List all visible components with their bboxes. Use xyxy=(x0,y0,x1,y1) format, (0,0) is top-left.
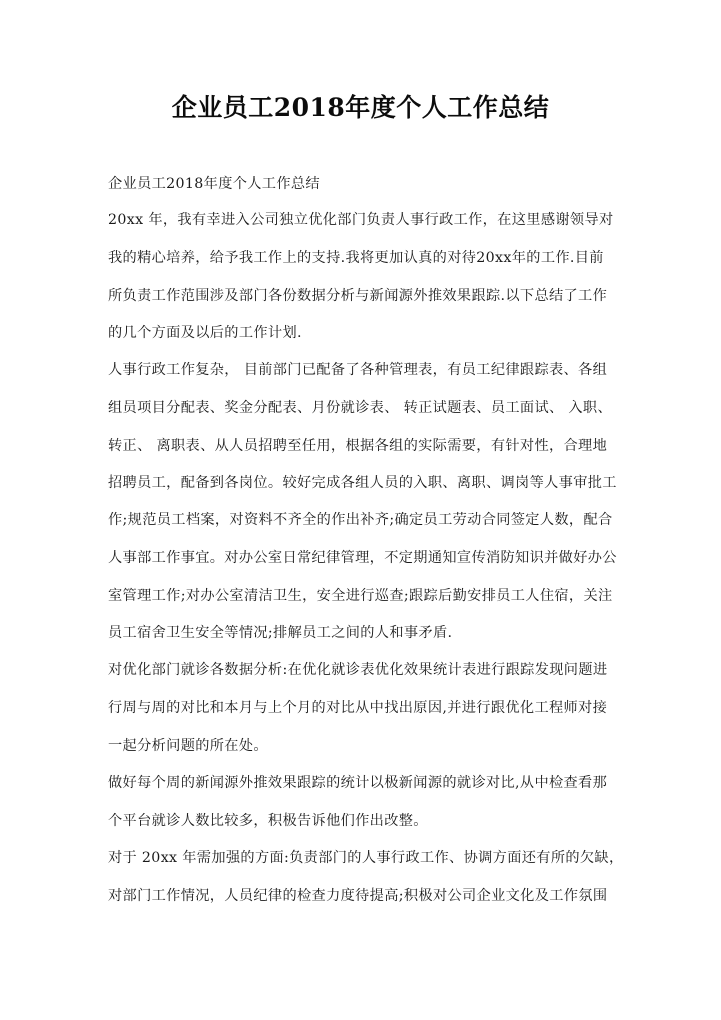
text-line: 对部门工作情况，人员纪律的检查力度待提高;积极对公司企业文化及工作氛围 xyxy=(108,886,628,906)
text-line: 员工宿舍卫生安全等情况;排解员工之间的人和事矛盾. xyxy=(108,623,628,643)
text-line: 个平台就诊人数比较多，积极告诉他们作出改整。 xyxy=(108,811,628,831)
text-line: 人事部工作事宜。对办公室日常纪律管理，不定期通知宣传消防知识并做好办公 xyxy=(108,548,628,568)
document-page: 企业员工2018年度个人工作总结 企业员工2018年度个人工作总结 20xx 年… xyxy=(0,0,721,1020)
text-line: 一起分析问题的所在处。 xyxy=(108,736,628,756)
text-line: 对优化部门就诊各数据分析:在优化就诊表优化效果统计表进行跟踪发现问题进 xyxy=(108,660,628,680)
text-line: 行周与周的对比和本月与上个月的对比从中找出原因,并进行跟优化工程师对接 xyxy=(108,698,628,718)
text-line: 的几个方面及以后的工作计划. xyxy=(108,323,628,343)
text-line: 组员项目分配表、奖金分配表、月份就诊表、 转正试题表、员工面试、 入职、 xyxy=(108,398,628,418)
text-line: 转正、 离职表、从人员招聘至任用，根据各组的实际需要，有针对性，合理地 xyxy=(108,436,628,456)
text-line: 对于 20xx 年需加强的方面:负责部门的人事行政工作、协调方面还有所的欠缺， xyxy=(108,848,628,868)
document-title: 企业员工2018年度个人工作总结 xyxy=(0,88,721,124)
text-line: 招聘员工，配备到各岗位。较好完成各组人员的入职、离职、调岗等人事审批工 xyxy=(108,473,628,493)
text-line: 我的精心培养，给予我工作上的支持.我将更加认真的对待20xx年的工作.目前 xyxy=(108,248,628,268)
document-subtitle: 企业员工2018年度个人工作总结 xyxy=(108,174,628,194)
text-line: 作;规范员工档案，对资料不齐全的作出补齐;确定员工劳动合同签定人数，配合 xyxy=(108,510,628,530)
text-line: 20xx 年，我有幸进入公司独立优化部门负责人事行政工作，在这里感谢领导对 xyxy=(108,210,628,230)
text-line: 做好每个周的新闻源外推效果跟踪的统计以极新闻源的就诊对比,从中检查看那 xyxy=(108,773,628,793)
text-line: 人事行政工作复杂， 目前部门已配备了各种管理表，有员工纪律跟踪表、各组 xyxy=(108,360,628,380)
text-line: 所负责工作范围涉及部门各份数据分析与新闻源外推效果跟踪.以下总结了工作 xyxy=(108,286,628,306)
text-line: 室管理工作;对办公室清洁卫生，安全进行巡查;跟踪后勤安排员工人住宿，关注 xyxy=(108,586,628,606)
